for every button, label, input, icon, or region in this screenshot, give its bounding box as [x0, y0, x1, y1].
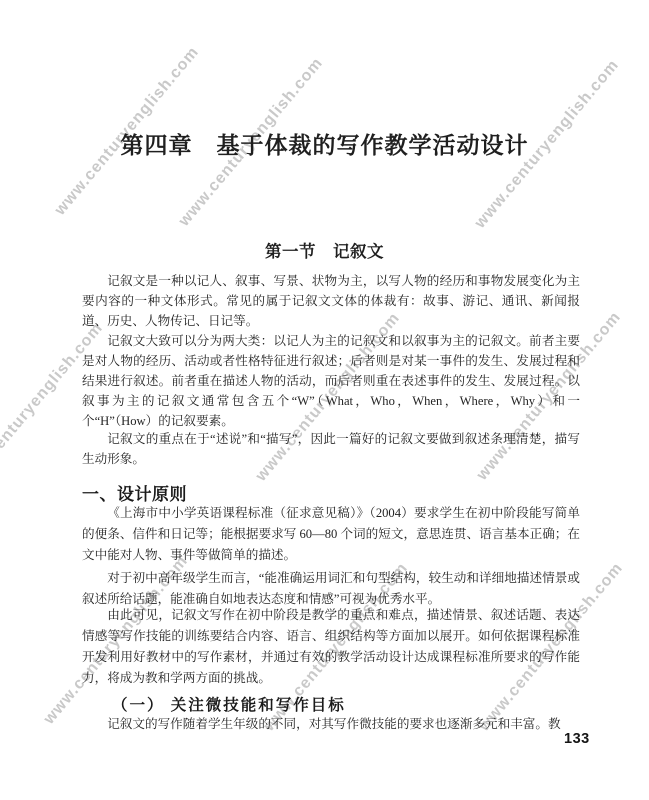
paragraph-narrative-focus: 记叙文的重点在于“述说”和“描写”，因此一篇好的记叙文要做到叙述条理清楚，描写生…: [82, 429, 580, 469]
section-title: 第一节 记叙文: [0, 238, 649, 262]
page-number: 133: [564, 731, 590, 747]
paragraph-curriculum-standard: 《上海市中小学英语课程标准（征求意见稿）》（2004）要求学生在初中阶段能写简单…: [82, 503, 580, 567]
heading-micro-skills: （一） 关注微技能和写作目标: [112, 693, 346, 715]
paragraph-narrative-types: 记叙文大致可以分为两大类：以记人为主的记叙文和以叙事为主的记叙文。前者主要是对人…: [82, 331, 580, 431]
chapter-title: 第四章 基于体裁的写作教学活动设计: [0, 127, 649, 160]
paragraph-teaching-challenge: 由此可见，记叙文写作在初中阶段是教学的重点和难点，描述情景、叙述话题、表达情感等…: [82, 605, 580, 690]
paragraph-grade-levels: 记叙文的写作随着学生年级的不同，对其写作微技能的要求也逐渐多元和丰富。教: [82, 714, 580, 735]
heading-design-principles: 一、设计原则: [82, 480, 187, 505]
paragraph-narrative-definition: 记叙文是一种以记人、叙事、写景、状物为主，以写人物的经历和事物发展变化为主要内容…: [82, 271, 580, 331]
book-page: www.centuryenglish.com www.centuryenglis…: [0, 0, 649, 800]
